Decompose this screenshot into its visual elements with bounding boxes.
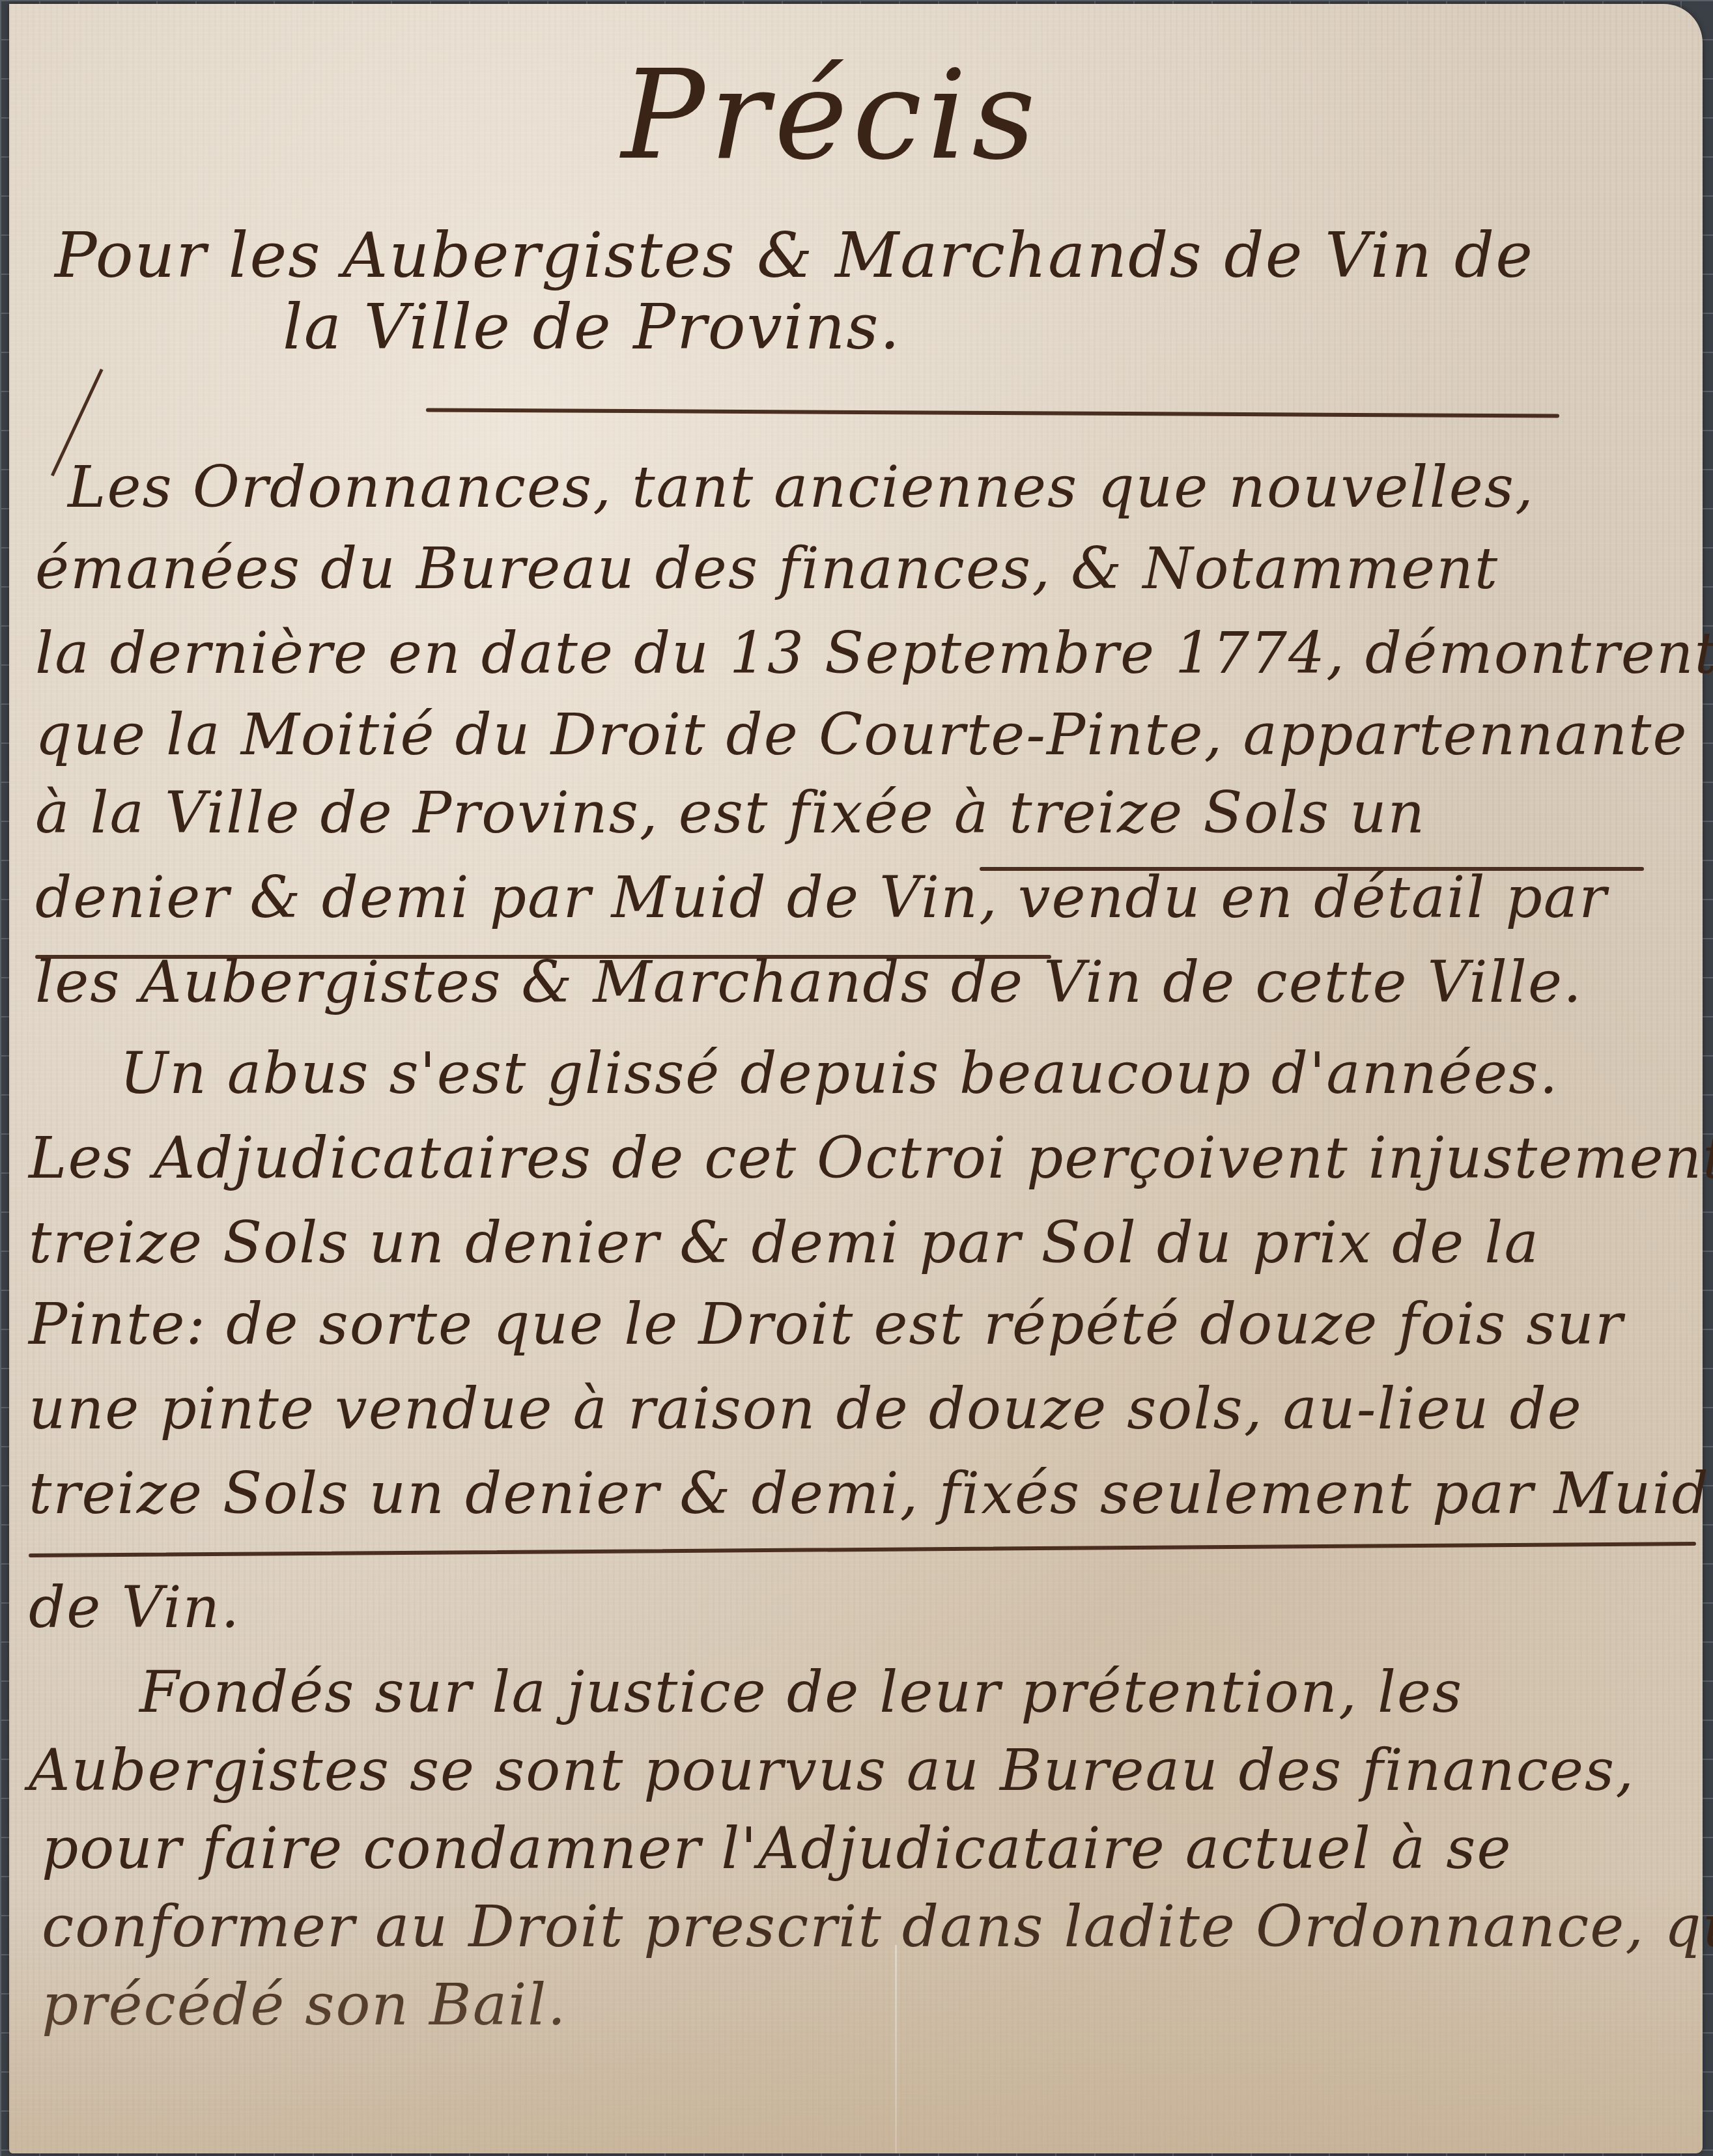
underline-treize-sols <box>29 1542 1696 1557</box>
document-title: Précis <box>621 43 1041 187</box>
para1-line3: la dernière en date du 13 Septembre 1774… <box>35 619 1713 687</box>
para3-line3: pour faire condamner l'Adjudicataire act… <box>42 1815 1512 1882</box>
paper-fold <box>895 1945 897 2153</box>
para2-line5: une pinte vendue à raison de douze sols,… <box>29 1375 1583 1442</box>
para3-line1: Fondés sur la justice de leur prétention… <box>139 1658 1463 1725</box>
para2-line7: de Vin. <box>29 1574 240 1641</box>
para2-line6: treize Sols un denier & demi, fixés seul… <box>29 1460 1710 1527</box>
para1-line5: à la Ville de Provins, est fixée à treiz… <box>35 779 1426 846</box>
para2-line1: Un abus s'est glissé depuis beaucoup d'a… <box>120 1040 1559 1107</box>
para1-line6: denier & demi par Muid de Vin, vendu en … <box>35 864 1607 931</box>
para3-line5: précédé son Bail. <box>42 1971 567 2038</box>
para1-line7: les Aubergistes & Marchands de Vin de ce… <box>35 948 1583 1015</box>
subtitle-line-1: Pour les Aubergistes & Marchands de Vin … <box>55 219 1534 292</box>
para1-line4: que la Moitié du Droit de Courte-Pinte, … <box>35 701 1688 768</box>
para2-line2: Les Adjudicataires de cet Octroi perçoiv… <box>29 1124 1713 1191</box>
para1-line1: Les Ordonnances, tant anciennes que nouv… <box>68 453 1535 520</box>
subtitle-line-2: la Ville de Provins. <box>283 291 901 363</box>
title-divider-rule <box>426 408 1559 418</box>
para1-line2: émanées du Bureau des finances, & Notamm… <box>35 535 1499 602</box>
para2-line4: Pinte: de sorte que le Droit est répété … <box>29 1290 1624 1357</box>
para3-line4: conformer au Droit prescrit dans ladite … <box>42 1893 1713 1960</box>
para2-line3: treize Sols un denier & demi par Sol du … <box>29 1209 1540 1276</box>
para3-line2: Aubergistes se sont pourvus au Bureau de… <box>29 1737 1635 1804</box>
manuscript-page: Précis Pour les Aubergistes & Marchands … <box>9 4 1703 2153</box>
